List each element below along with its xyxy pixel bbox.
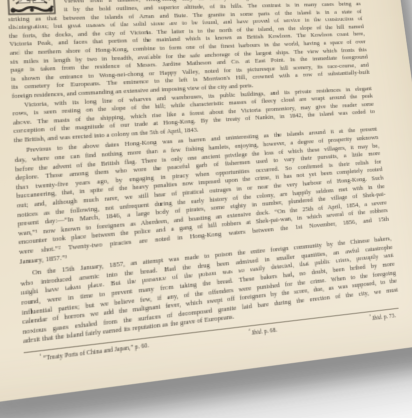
footnote-text: p. 73. [382,313,396,321]
footnote-marker: ³ [369,313,371,318]
photo-backdrop: H ONG-KONG is one of the many islands wh… [0,0,412,418]
footnote: ¹ “Treaty Ports of China and Japan,” p. … [40,342,150,364]
page-text: H ONG-KONG is one of the many islands wh… [0,0,412,411]
paragraph: ONG-KONG is one of the many islands whic… [6,0,371,102]
page-sheet: H ONG-KONG is one of the many islands wh… [0,0,412,411]
drop-cap-ornament-icon: H [6,0,56,15]
footnote-text: “Treaty Ports of China and Japan,” p. 60… [43,343,149,363]
body-paragraphs: ONG-KONG is one of the many islands whic… [6,0,400,348]
footnote-marker: ¹ [40,352,42,358]
footnote: ² Ibid. p. 68. [249,326,278,338]
footnote-text-italic: Ibid. [252,329,263,337]
footnote-text: p. 68. [262,327,277,335]
drop-cap-letter: H [17,0,46,10]
footnote-marker: ² [248,327,250,332]
drop-cap-initial: H [6,0,56,15]
footnote: ³ Ibid. p. 73. [369,312,396,323]
